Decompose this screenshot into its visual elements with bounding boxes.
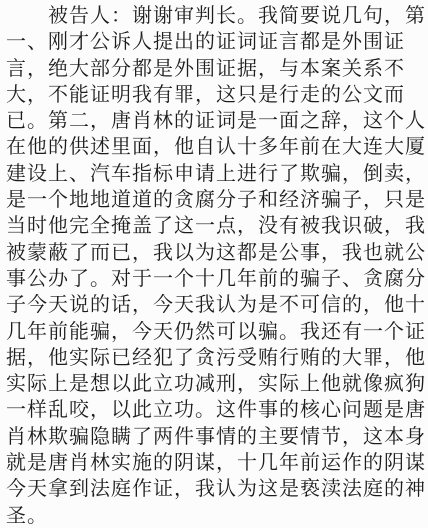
text-line: 几年前能骗，今天仍然可以骗。我还有一个证 bbox=[6, 318, 426, 344]
text-line: 言，绝大部分都是外围证据，与本案关系不 bbox=[6, 55, 426, 81]
text-line: 建设上、汽车指标申请上进行了欺骗，倒卖， bbox=[6, 160, 426, 186]
text-line: 就是唐肖林实施的阴谋，十几年前运作的阴谋 bbox=[6, 449, 426, 475]
text-line: 子今天说的话，今天我认为是不可信的，他十 bbox=[6, 291, 426, 317]
text-line: 当时他完全掩盖了这一点，没有被我识破，我 bbox=[6, 212, 426, 238]
text-line: 一、刚才公诉人提出的证词证言都是外围证 bbox=[6, 28, 426, 54]
text-line: 圣。 bbox=[6, 502, 426, 528]
text-line: 一样乱咬，以此立功。这件事的核心问题是唐 bbox=[6, 396, 426, 422]
text-line: 被蒙蔽了而已，我以为这都是公事，我也就公 bbox=[6, 239, 426, 265]
text-line: 今天拿到法庭作证，我认为这是亵渎法庭的神 bbox=[6, 475, 426, 501]
text-line: 据，他实际已经犯了贪污受贿行贿的大罪，他 bbox=[6, 344, 426, 370]
text-line: 事公办了。对于一个十几年前的骗子、贪腐分 bbox=[6, 265, 426, 291]
text-line: 实际上是想以此立功减刑，实际上他就像疯狗 bbox=[6, 370, 426, 396]
text-line: 是一个地地道道的贪腐分子和经济骗子，只是 bbox=[6, 186, 426, 212]
text-line: 肖林欺骗隐瞒了两件事情的主要情节，这本身 bbox=[6, 423, 426, 449]
text-line: 被告人：谢谢审判长。我简要说几句，第 bbox=[6, 2, 426, 28]
document-page: 被告人：谢谢审判长。我简要说几句，第 一、刚才公诉人提出的证词证言都是外围证 言… bbox=[0, 0, 428, 528]
text-line: 在他的供述里面，他自认十多年前在大连大厦 bbox=[6, 133, 426, 159]
text-line: 已。第二，唐肖林的证词是一面之辞，这个人 bbox=[6, 107, 426, 133]
text-line: 大，不能证明我有罪，这只是行走的公文而 bbox=[6, 81, 426, 107]
